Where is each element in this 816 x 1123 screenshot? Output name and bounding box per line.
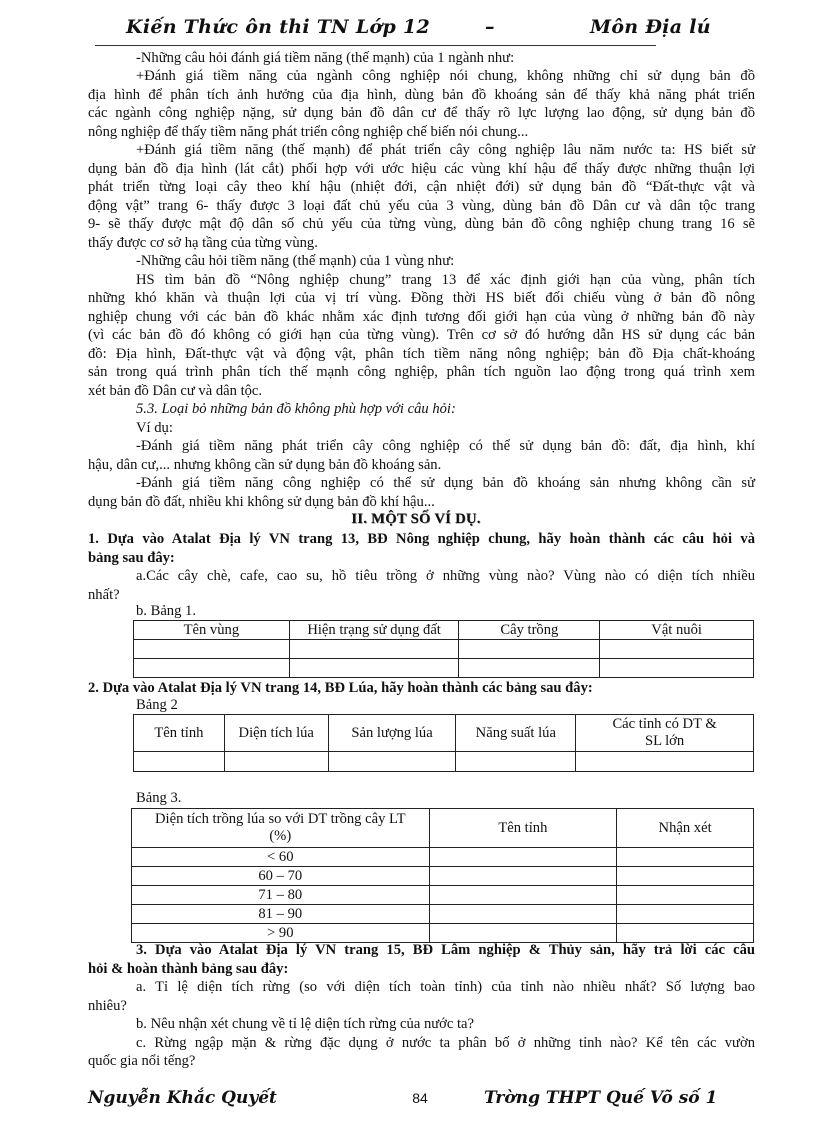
question-3b: b. Nêu nhận xét chung về tỉ lệ diện tích… — [136, 1015, 755, 1033]
table2-header: Diện tích lúa — [224, 715, 328, 752]
table-cell — [617, 867, 754, 886]
table-cell — [617, 886, 754, 905]
question-1a-cont: nhất? — [88, 586, 755, 604]
table-cell: > 90 — [132, 924, 430, 943]
table-cell — [429, 924, 617, 943]
table-cell — [459, 640, 600, 659]
table-cell — [134, 640, 290, 659]
paragraph-line: động vật” trang 6- thấy được 3 loại đất … — [88, 197, 755, 215]
table-2: Tên tỉnh Diện tích lúa Sản lượng lúa Năn… — [133, 714, 754, 772]
paragraph-industry-questions: -Những câu hỏi đánh giá tiềm năng (thế m… — [136, 49, 755, 67]
table2-header: Năng suất lúa — [456, 715, 576, 752]
table3-caption: Bảng 3. — [136, 790, 181, 807]
table1-header: Vật nuôi — [600, 621, 754, 640]
table-cell — [328, 752, 456, 772]
example-label: Ví dụ: — [136, 419, 755, 437]
table-cell — [429, 867, 617, 886]
table3-header: Diện tích trồng lúa so với DT trồng cây … — [132, 809, 430, 848]
table-cell — [429, 905, 617, 924]
header-dash: – — [485, 16, 495, 38]
table-row — [134, 659, 754, 678]
table1-header: Hiện trạng sử dụng đất — [289, 621, 459, 640]
table-row: 81 – 90 — [132, 905, 754, 924]
paragraph-line: nông nghiệp để thấy tiềm năng phát triển… — [88, 123, 755, 141]
table2-caption: Bảng 2 — [136, 697, 178, 714]
table-cell — [224, 752, 328, 772]
table-cell — [134, 659, 290, 678]
question-3a: a. Tỉ lệ diện tích rừng (so với diện tíc… — [136, 978, 755, 996]
paragraph-line: HS tìm bản đồ “Nông nghiệp chung” trang … — [136, 271, 755, 289]
table-cell — [459, 659, 600, 678]
table-cell — [429, 848, 617, 867]
section-heading: II. MỘT SỐ VÍ DỤ. — [8, 511, 816, 528]
paragraph-line: đồ: Địa hình, Đất-thực vật và động vật, … — [88, 345, 755, 363]
table-cell — [600, 659, 754, 678]
header-course-title: Kiến Thức ôn thi TN Lớp 12 — [126, 16, 430, 38]
paragraph-line: 9- sẽ thấy được mật độ dân số chủ yếu củ… — [88, 215, 755, 233]
table1-caption: b. Bảng 1. — [136, 603, 196, 620]
question-2: 2. Dựa vào Atalat Địa lý VN trang 14, BĐ… — [88, 679, 755, 697]
paragraph-line: dụng bản đồ đất, nhiều khi không sử dụng… — [88, 493, 755, 511]
table-cell — [600, 640, 754, 659]
question-1a: a.Các cây chè, cafe, cao su, hồ tiêu trồ… — [136, 567, 755, 585]
table2-header: Các tỉnh có DT & SL lớn — [576, 715, 754, 752]
table-cell: 81 – 90 — [132, 905, 430, 924]
question-3a-cont: nhiêu? — [88, 997, 755, 1015]
table3-header: Tên tỉnh — [429, 809, 617, 848]
paragraph-line: địa hình để phân tích ảnh hưởng của địa … — [88, 86, 755, 104]
table1-header: Tên vùng — [134, 621, 290, 640]
paragraph-line: các ngành công nghiệp nặng, sử dụng bản … — [88, 104, 755, 122]
question-3c: c. Rừng ngập mặn & rừng đặc dụng ở nước … — [136, 1034, 755, 1052]
table-row: 71 – 80 — [132, 886, 754, 905]
table-row — [134, 640, 754, 659]
paragraph-line: nghiệp chung với các bản đồ khác nhằm xá… — [88, 308, 755, 326]
table-cell — [134, 752, 225, 772]
table-cell: 71 – 80 — [132, 886, 430, 905]
question-1: 1. Dựa vào Atalat Địa lý VN trang 13, BĐ… — [88, 530, 755, 548]
table-cell — [456, 752, 576, 772]
table-row: 60 – 70 — [132, 867, 754, 886]
paragraph-line: +Đánh giá tiềm năng (thế mạnh) để phát t… — [136, 141, 755, 159]
table3-header: Nhận xét — [617, 809, 754, 848]
question-3: 3. Dựa vào Atalat Địa lý VN trang 15, BĐ… — [136, 941, 755, 959]
table-row: > 90 — [132, 924, 754, 943]
table-row: < 60 — [132, 848, 754, 867]
question-3c-cont: quốc gia nổi tếng? — [88, 1052, 755, 1070]
footer-author: Nguyễn Khắc Quyết — [88, 1088, 277, 1108]
table1-header: Cây trồng — [459, 621, 600, 640]
paragraph-line: +Đánh giá tiềm năng của ngành công nghiệ… — [136, 67, 755, 85]
question-3-cont: hỏi & hoàn thành bảng sau đây: — [88, 960, 755, 978]
table-cell — [429, 886, 617, 905]
paragraph-line: sản trong quá trình phân tích thế mạnh c… — [88, 363, 755, 381]
paragraph-line: thấy được cơ sở hạ tầng của từng vùng. — [88, 234, 755, 252]
header-rule — [95, 45, 656, 46]
question-1-cont: bảng sau đây: — [88, 549, 755, 567]
footer-school: Trờng THPT Quế Võ số 1 — [484, 1088, 717, 1108]
table2-header: Tên tỉnh — [134, 715, 225, 752]
table-cell — [617, 905, 754, 924]
paragraph-line: phát triển từng loại cây theo khí hậu (n… — [88, 178, 755, 196]
subheading-5-3: 5.3. Loại bỏ những bản đồ không phù hợp … — [136, 400, 755, 418]
table-row — [134, 752, 754, 772]
paragraph-line: -Đánh giá tiềm năng công nghiệp có thể s… — [136, 474, 755, 492]
paragraph-line: dụng bản đồ địa hình (lát cắt) phối hợp … — [88, 160, 755, 178]
table-cell: 60 – 70 — [132, 867, 430, 886]
paragraph-line: những khó khăn và thuận lợi của vị trí v… — [88, 289, 755, 307]
paragraph-line: xét bản đồ Dân cư và dân tộc. — [88, 382, 755, 400]
table-cell — [289, 640, 459, 659]
paragraph-line: -Đánh giá tiềm năng phát triển cây công … — [136, 437, 755, 455]
table-3: Diện tích trồng lúa so với DT trồng cây … — [131, 808, 754, 943]
table-1: Tên vùng Hiện trạng sử dụng đất Cây trồn… — [133, 620, 754, 678]
table2-header: Sản lượng lúa — [328, 715, 456, 752]
table-cell: < 60 — [132, 848, 430, 867]
paragraph-region-questions: -Những câu hỏi tiềm năng (thế mạnh) của … — [136, 252, 755, 270]
paragraph-line: hậu, dân cư,... nhưng không cần sử dụng … — [88, 456, 755, 474]
page-number: 84 — [400, 1090, 440, 1106]
table-cell — [576, 752, 754, 772]
paragraph-line: (vì các bản đồ đó không có giới hạn của … — [88, 326, 755, 344]
table-cell — [617, 848, 754, 867]
header-subject: Môn Địa lú — [590, 16, 711, 38]
table-cell — [289, 659, 459, 678]
table-cell — [617, 924, 754, 943]
